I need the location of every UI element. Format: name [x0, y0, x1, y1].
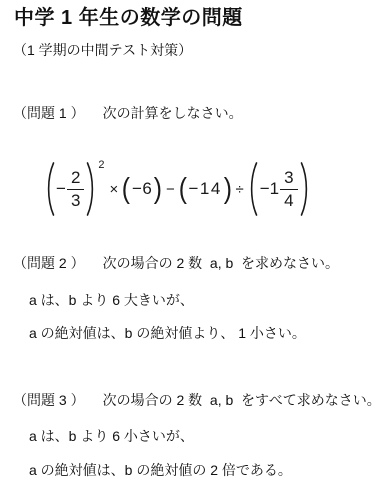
big-open-paren [45, 161, 55, 217]
open-paren: ( [122, 175, 130, 204]
worksheet-page: 中学 1 年生の数学の問題 （1 学期の中間テスト対策） （問題 1 ） 次の計… [0, 0, 387, 504]
problem-3-condition-2: a の絶対値は、b の絶対値の 2 倍である。 [29, 461, 292, 479]
big-close-paren [300, 161, 310, 217]
multiplication-sign: × [110, 181, 119, 198]
exponent: 2 [98, 159, 104, 171]
division-sign: ÷ [235, 181, 243, 198]
problem-2-condition-2: a の絶対値は、b の絶対値より、 1 小さい。 [29, 324, 306, 342]
big-open-paren [248, 161, 258, 217]
fraction1-denominator: 3 [67, 189, 84, 211]
close-paren: ) [154, 175, 162, 204]
fraction2-denominator: 4 [280, 189, 297, 211]
mixed-number-whole: −1 [260, 179, 279, 199]
problem-2-instruction: 次の場合の 2 数 a, b を求めなさい。 [103, 254, 339, 272]
fraction1-numerator: 2 [67, 168, 84, 189]
problem-1-instruction: 次の計算をしなさい。 [103, 104, 243, 122]
problem-1-label: （問題 1 ） [13, 104, 85, 122]
problem-2-label: （問題 2 ） [13, 254, 85, 272]
math-expression: − 2 3 2 × ( −6 ) − ( −14 ) ÷ −1 3 4 [44, 160, 311, 218]
page-subtitle: （1 学期の中間テスト対策） [13, 41, 192, 59]
term-minus-6: −6 [132, 179, 152, 199]
problem-3-heading: （問題 3 ） 次の場合の 2 数 a, b をすべて求めなさい。 [13, 391, 381, 409]
term-minus-14: −14 [188, 179, 221, 199]
close-paren: ) [224, 175, 232, 204]
fraction2-numerator: 3 [280, 168, 297, 189]
problem-2-heading: （問題 2 ） 次の場合の 2 数 a, b を求めなさい。 [13, 254, 339, 272]
problem-2-condition-1: a は、b より 6 大きいが、 [29, 291, 194, 309]
big-close-paren [86, 161, 96, 217]
problem-3-instruction: 次の場合の 2 数 a, b をすべて求めなさい。 [103, 391, 381, 409]
problem-1-heading: （問題 1 ） 次の計算をしなさい。 [13, 104, 243, 122]
page-title: 中学 1 年生の数学の問題 [14, 5, 243, 31]
open-paren: ( [179, 175, 187, 204]
problem-3-condition-1: a は、b より 6 小さいが、 [29, 427, 194, 445]
fraction-two-thirds: 2 3 [67, 168, 84, 210]
fraction-three-quarters: 3 4 [280, 168, 297, 210]
negative-sign: − [56, 179, 66, 199]
problem-3-label: （問題 3 ） [13, 391, 85, 409]
subtraction-sign: − [166, 181, 175, 198]
